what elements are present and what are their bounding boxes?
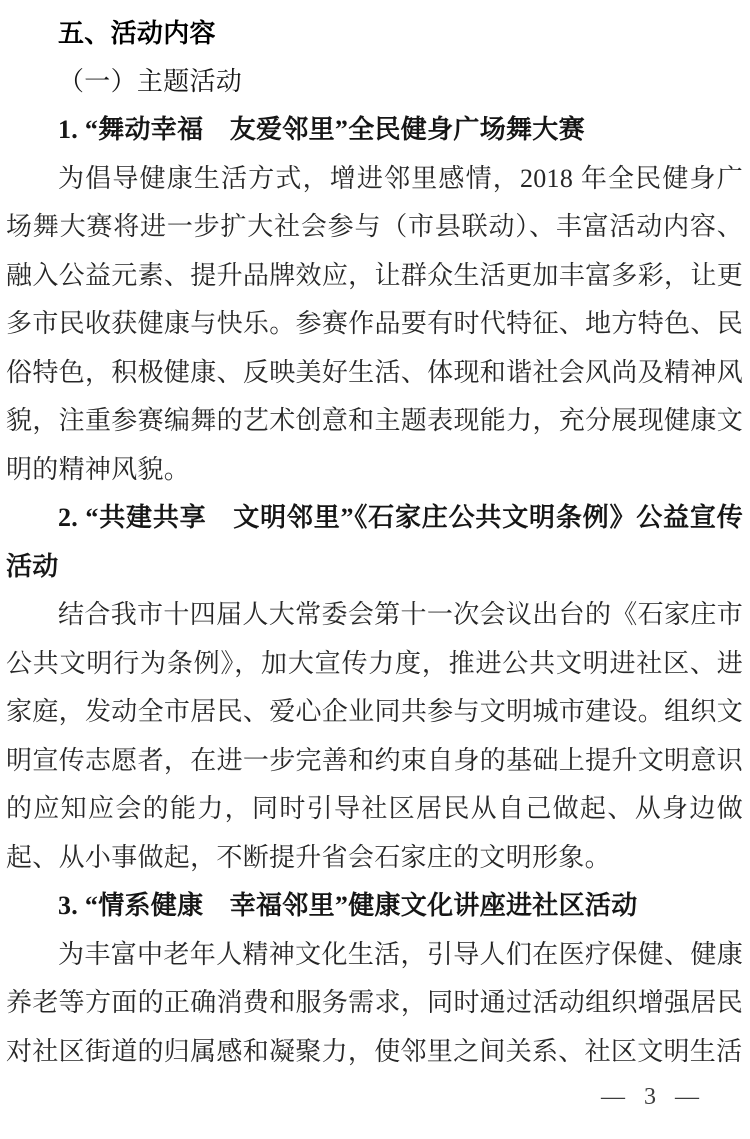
page-footer: — 3 — <box>6 1076 743 1118</box>
section-heading: 五、活动内容 <box>6 9 743 58</box>
activity-1-body: 为倡导健康生活方式，增进邻里感情，2018 年全民健身广场舞大赛将进一步扩大社会… <box>6 155 743 495</box>
activity-item-2: 2. “共建共享 文明邻里”《石家庄公共文明条例》公益宣传活动 结合我市十四届人… <box>6 494 743 882</box>
activity-item-1: 1. “舞动幸福 友爱邻里”全民健身广场舞大赛 为倡导健康生活方式，增进邻里感情… <box>6 106 743 494</box>
activity-3-body: 为丰富中老年人精神文化生活，引导人们在医疗保健、健康养老等方面的正确消费和服务需… <box>6 931 743 1077</box>
activity-2-body: 结合我市十四届人大常委会第十一次会议出台的《石家庄市公共文明行为条例》，加大宣传… <box>6 591 743 882</box>
activity-2-heading: 2. “共建共享 文明邻里”《石家庄公共文明条例》公益宣传活动 <box>6 494 743 591</box>
page-number: — 3 — <box>601 1084 700 1110</box>
subsection-heading: （一）主题活动 <box>6 58 743 107</box>
document-page: 五、活动内容 （一）主题活动 1. “舞动幸福 友爱邻里”全民健身广场舞大赛 为… <box>0 0 750 1139</box>
activity-3-heading: 3. “情系健康 幸福邻里”健康文化讲座进社区活动 <box>6 882 743 931</box>
activity-item-3: 3. “情系健康 幸福邻里”健康文化讲座进社区活动 为丰富中老年人精神文化生活，… <box>6 882 743 1076</box>
activity-1-heading: 1. “舞动幸福 友爱邻里”全民健身广场舞大赛 <box>6 106 743 155</box>
